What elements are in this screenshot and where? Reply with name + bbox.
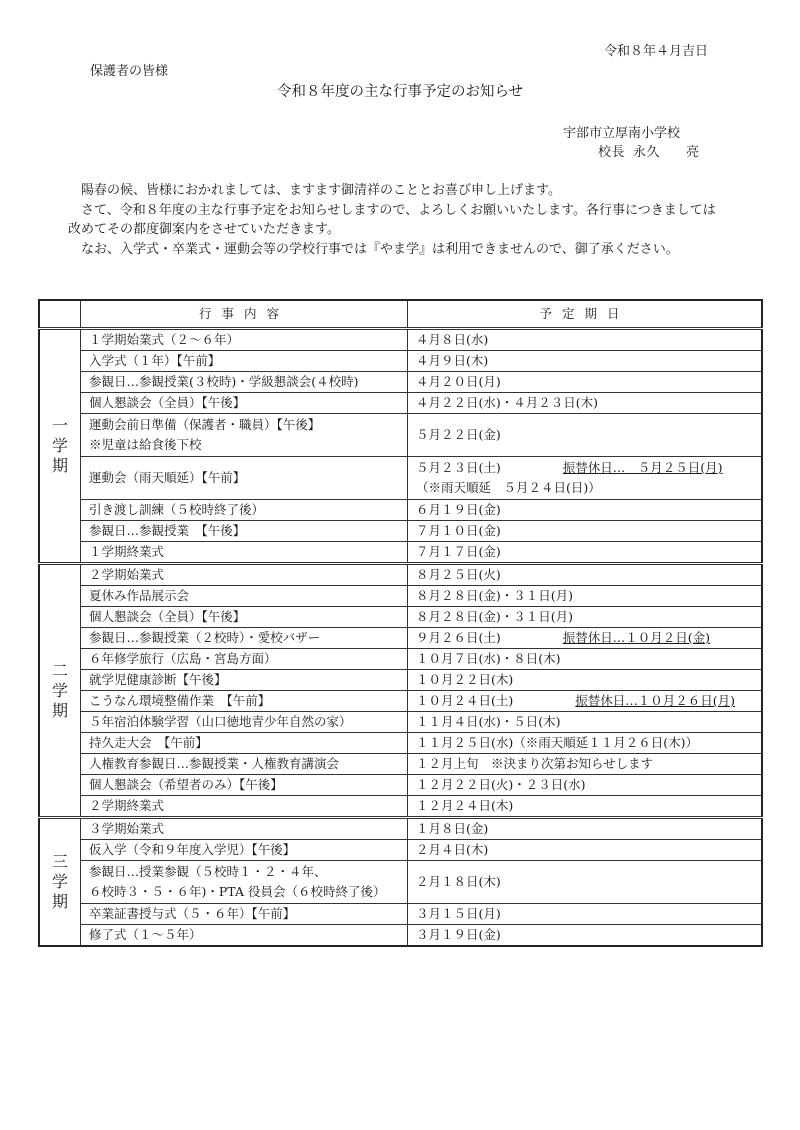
- event-date: １０月２４日(土): [416, 693, 513, 708]
- event-date: １０月７日(水)・８日(木): [416, 651, 561, 666]
- event-cell: 持久走大会 【午前】: [81, 733, 408, 754]
- event-cell: 個人懇談会（全員）【午後】: [81, 393, 408, 414]
- event-cell: 修了式（１～５年）: [81, 925, 408, 947]
- table-row: 運動会（雨天順延）【午前】５月２３日(土)振替休日… ５月２５日(月)（※雨天順…: [39, 457, 762, 500]
- term-label-char: 三: [40, 852, 80, 872]
- event-cell: 就学児健康診断【午後】: [81, 670, 408, 691]
- table-row: ６年修学旅行（広島・宮島方面）１０月７日(水)・８日(木): [39, 649, 762, 670]
- date-cell: ４月２２日(水)・４月２３日(木): [408, 393, 763, 414]
- event-cell: 仮入学（令和９年度入学児）【午後】: [81, 840, 408, 861]
- event-date: １０月２２日(木): [416, 672, 513, 687]
- event-cell: 夏休み作品展示会: [81, 586, 408, 607]
- event-name: 個人懇談会（全員）【午後】: [89, 607, 407, 627]
- table-row: １学期終業式７月１７日(金): [39, 542, 762, 564]
- date-cell: １０月２２日(木): [408, 670, 763, 691]
- event-name: ３学期始業式: [89, 819, 407, 839]
- event-date: ３月１５日(月): [416, 906, 501, 921]
- event-name: ２学期終業式: [89, 796, 407, 816]
- date-cell: ７月１７日(金): [408, 542, 763, 564]
- event-date: １２月２４日(木): [416, 798, 513, 813]
- table-row: ５年宿泊体験学習（山口徳地青少年自然の家）１１月４日(水)・５日(木): [39, 712, 762, 733]
- date-cell: ５月２２日(金): [408, 414, 763, 457]
- date-cell: １１月４日(水)・５日(木): [408, 712, 763, 733]
- substitute-holiday: 振替休日…１０月２６日(月): [575, 693, 735, 708]
- date-cell: ３月１９日(金): [408, 925, 763, 947]
- table-row: 運動会前日準備（保護者・職員）【午後】※児童は給食後下校５月２２日(金): [39, 414, 762, 457]
- event-name: １学期終業式: [89, 542, 407, 562]
- date-cell: １２月２４日(木): [408, 796, 763, 818]
- substitute-holiday: 振替休日…１０月２日(金): [563, 630, 710, 645]
- table-row: 個人懇談会（希望者のみ）【午後】１２月２２日(火)・２３日(水): [39, 775, 762, 796]
- event-cell: 卒業証書授与式（５・６年）【午前】: [81, 904, 408, 925]
- event-date: ２月４日(木): [416, 842, 488, 857]
- table-row: 参観日…授業参観（５校時１・２・４年、６校時３・５・６年)・PTA 役員会（６校…: [39, 861, 762, 904]
- date-cell: ５月２３日(土)振替休日… ５月２５日(月)（※雨天順延 ５月２４日(日)）: [408, 457, 763, 500]
- substitute-holiday: 振替休日… ５月２５日(月): [563, 460, 723, 475]
- date-cell: ８月２８日(金)・３１日(月): [408, 586, 763, 607]
- event-cell: ３学期始業式: [81, 818, 408, 840]
- date-column-header: 予定期日: [408, 300, 763, 329]
- event-name: 卒業証書授与式（５・６年）【午前】: [89, 904, 407, 924]
- notice-paragraph: なお、入学式・卒業式・運動会等の学校行事では『やま学』は利用できませんので、御了…: [68, 240, 728, 260]
- event-name: 就学児健康診断【午後】: [89, 670, 407, 690]
- event-cell: 人権教育参観日…参観授業・人権教育講演会: [81, 754, 408, 775]
- event-name: 入学式（１年）【午前】: [89, 351, 407, 371]
- letter-body: 陽春の候、皆様におかれましては、ますます御清祥のこととお喜び申し上げます。 さて…: [68, 181, 728, 259]
- event-cell: ２学期終業式: [81, 796, 408, 818]
- event-date: １１月４日(水)・５日(木): [416, 714, 561, 729]
- event-name: 夏休み作品展示会: [89, 586, 407, 606]
- table-row: こうなん環境整備作業 【午前】１０月２４日(土)振替休日…１０月２６日(月): [39, 691, 762, 712]
- event-cell: 運動会（雨天順延）【午前】: [81, 457, 408, 500]
- event-name: 運動会前日準備（保護者・職員）【午後】: [89, 415, 407, 435]
- event-date: ６月１９日(金): [416, 502, 501, 517]
- event-name: ５年宿泊体験学習（山口徳地青少年自然の家）: [89, 712, 407, 732]
- table-row: ２学期終業式１２月２４日(木): [39, 796, 762, 818]
- document-title: 令和８年度の主な行事予定のお知らせ: [0, 80, 800, 101]
- date-cell: ４月８日(水): [408, 329, 763, 351]
- event-name: 修了式（１～５年）: [89, 925, 407, 945]
- date-cell: ２月４日(木): [408, 840, 763, 861]
- event-name: 参観日…授業参観（５校時１・２・４年、: [89, 862, 407, 882]
- event-date: ８月２８日(金)・３１日(月): [416, 609, 573, 624]
- date-cell: １０月７日(水)・８日(木): [408, 649, 763, 670]
- event-cell: 参観日…授業参観（５校時１・２・４年、６校時３・５・６年)・PTA 役員会（６校…: [81, 861, 408, 904]
- principal-title: 校長: [598, 145, 625, 160]
- table-row: 参観日…参観授業(３校時)・学級懇談会(４校時)４月２０日(月): [39, 372, 762, 393]
- event-name: 個人懇談会（希望者のみ）【午後】: [89, 775, 407, 795]
- date-note: （※雨天順延 ５月２４日(日)）: [416, 478, 761, 498]
- table-row: 人権教育参観日…参観授業・人権教育講演会１２月上旬 ※決まり次第お知らせします: [39, 754, 762, 775]
- table-row: 夏休み作品展示会８月２８日(金)・３１日(月): [39, 586, 762, 607]
- event-cell: こうなん環境整備作業 【午前】: [81, 691, 408, 712]
- event-date: ５月２３日(土): [416, 460, 501, 475]
- date-cell: ４月９日(木): [408, 351, 763, 372]
- table-row: 仮入学（令和９年度入学児）【午後】２月４日(木): [39, 840, 762, 861]
- event-date: ３月１９日(金): [416, 927, 501, 942]
- event-name: 運動会（雨天順延）【午前】: [89, 468, 407, 488]
- event-cell: 参観日…参観授業(３校時)・学級懇談会(４校時): [81, 372, 408, 393]
- event-date: ８月２５日(火): [416, 567, 501, 582]
- event-name: 持久走大会 【午前】: [89, 733, 407, 753]
- event-date: ８月２８日(金)・３１日(月): [416, 588, 573, 603]
- event-cell: 個人懇談会（全員）【午後】: [81, 607, 408, 628]
- date-cell: ６月１９日(金): [408, 500, 763, 521]
- event-date: ７月１０日(金): [416, 523, 501, 538]
- event-cell: 引き渡し訓練（５校時終了後）: [81, 500, 408, 521]
- table-row: 引き渡し訓練（５校時終了後）６月１９日(金): [39, 500, 762, 521]
- event-date: ４月８日(水): [416, 332, 488, 347]
- issue-date: 令和８年４月吉日: [604, 40, 708, 59]
- term-label-char: 期: [40, 701, 80, 721]
- table-row: 参観日…参観授業（２校時）・愛校バザー９月２６日(土)振替休日…１０月２日(金): [39, 628, 762, 649]
- table-row: 就学児健康診断【午後】１０月２２日(木): [39, 670, 762, 691]
- event-note: ※児童は給食後下校: [89, 435, 407, 455]
- term-label-char: 学: [40, 681, 80, 701]
- event-name: １学期始業式（２～６年）: [89, 330, 407, 350]
- date-cell: ８月２５日(火): [408, 564, 763, 586]
- table-row: 持久走大会 【午前】１１月２５日(水)（※雨天順延１１月２６日(木)）: [39, 733, 762, 754]
- event-date: ９月２６日(土): [416, 630, 501, 645]
- event-name: 参観日…参観授業（２校時）・愛校バザー: [89, 628, 407, 648]
- table-row: 一学期１学期始業式（２～６年）４月８日(水): [39, 329, 762, 351]
- term-label-char: 学: [40, 436, 80, 456]
- event-cell: 運動会前日準備（保護者・職員）【午後】※児童は給食後下校: [81, 414, 408, 457]
- event-date: １２月上旬 ※決まり次第お知らせします: [416, 756, 653, 771]
- date-cell: １２月２２日(火)・２３日(水): [408, 775, 763, 796]
- term-label-char: 二: [40, 661, 80, 681]
- event-cell: 参観日…参観授業（２校時）・愛校バザー: [81, 628, 408, 649]
- date-cell: ９月２６日(土)振替休日…１０月２日(金): [408, 628, 763, 649]
- greeting-paragraph: 陽春の候、皆様におかれましては、ますます御清祥のこととお喜び申し上げます。: [68, 181, 728, 201]
- date-cell: ３月１５日(月): [408, 904, 763, 925]
- term-label-3: 三学期: [39, 818, 81, 947]
- event-date: １２月２２日(火)・２３日(水): [416, 777, 586, 792]
- event-date: １月８日(金): [416, 821, 488, 836]
- event-name: ２学期始業式: [89, 565, 407, 585]
- event-cell: 個人懇談会（希望者のみ）【午後】: [81, 775, 408, 796]
- date-cell: ２月１８日(木): [408, 861, 763, 904]
- date-cell: １１月２５日(水)（※雨天順延１１月２６日(木)）: [408, 733, 763, 754]
- date-cell: １２月上旬 ※決まり次第お知らせします: [408, 754, 763, 775]
- table-row: 卒業証書授与式（５・６年）【午前】３月１５日(月): [39, 904, 762, 925]
- event-name: 人権教育参観日…参観授業・人権教育講演会: [89, 754, 407, 774]
- event-name: 参観日…参観授業(３校時)・学級懇談会(４校時): [89, 372, 407, 392]
- event-date: ４月２０日(月): [416, 374, 501, 389]
- event-cell: 入学式（１年）【午前】: [81, 351, 408, 372]
- table-row: 参観日…参観授業 【午後】７月１０日(金): [39, 521, 762, 542]
- recipient: 保護者の皆様: [90, 60, 168, 79]
- event-name: ６年修学旅行（広島・宮島方面）: [89, 649, 407, 669]
- event-date: １１月２５日(水)（※雨天順延１１月２６日(木)）: [416, 735, 698, 750]
- event-note: ６校時３・５・６年)・PTA 役員会（６校時終了後）: [89, 882, 407, 902]
- date-cell: ７月１０日(金): [408, 521, 763, 542]
- term-label-1: 一学期: [39, 329, 81, 564]
- date-cell: １０月２４日(土)振替休日…１０月２６日(月): [408, 691, 763, 712]
- event-name: 仮入学（令和９年度入学児）【午後】: [89, 840, 407, 860]
- event-schedule-table: 行事内容 予定期日 一学期１学期始業式（２～６年）４月８日(水)入学式（１年）【…: [38, 299, 763, 947]
- term-label-char: 期: [40, 892, 80, 912]
- event-date: ４月９日(木): [416, 353, 488, 368]
- event-name: こうなん環境整備作業 【午前】: [89, 691, 407, 711]
- intro-paragraph: さて、令和８年度の主な行事予定をお知らせしますので、よろしくお願いいたします。各…: [68, 201, 728, 240]
- date-cell: ８月２８日(金)・３１日(月): [408, 607, 763, 628]
- event-name: 個人懇談会（全員）【午後】: [89, 393, 407, 413]
- table-row: 二学期２学期始業式８月２５日(火): [39, 564, 762, 586]
- event-date: ７月１７日(金): [416, 544, 501, 559]
- event-cell: １学期終業式: [81, 542, 408, 564]
- table-row: 個人懇談会（全員）【午後】４月２２日(水)・４月２３日(木): [39, 393, 762, 414]
- event-cell: ２学期始業式: [81, 564, 408, 586]
- event-cell: ６年修学旅行（広島・宮島方面）: [81, 649, 408, 670]
- table-header-row: 行事内容 予定期日: [39, 300, 762, 329]
- event-date: ２月１８日(木): [416, 874, 501, 889]
- event-name: 参観日…参観授業 【午後】: [89, 521, 407, 541]
- principal-given-name: 亮: [686, 145, 700, 160]
- table-row: 修了式（１～５年）３月１９日(金): [39, 925, 762, 947]
- table-row: 三学期３学期始業式１月８日(金): [39, 818, 762, 840]
- event-column-header: 行事内容: [81, 300, 408, 329]
- event-cell: ５年宿泊体験学習（山口徳地青少年自然の家）: [81, 712, 408, 733]
- event-cell: 参観日…参観授業 【午後】: [81, 521, 408, 542]
- term-label-char: 学: [40, 872, 80, 892]
- date-cell: １月８日(金): [408, 818, 763, 840]
- school-name: 宇部市立厚南小学校: [563, 122, 680, 141]
- event-name: 引き渡し訓練（５校時終了後）: [89, 500, 407, 520]
- principal-surname: 永久: [633, 145, 660, 160]
- principal-signature: 校長永久亮: [598, 141, 700, 160]
- date-cell: ４月２０日(月): [408, 372, 763, 393]
- term-label-char: 一: [40, 416, 80, 436]
- term-label-char: 期: [40, 456, 80, 476]
- event-date: ４月２２日(水)・４月２３日(木): [416, 395, 598, 410]
- term-label-2: 二学期: [39, 564, 81, 818]
- event-cell: １学期始業式（２～６年）: [81, 329, 408, 351]
- table-row: 個人懇談会（全員）【午後】８月２８日(金)・３１日(月): [39, 607, 762, 628]
- table-row: 入学式（１年）【午前】４月９日(木): [39, 351, 762, 372]
- term-column-header: [39, 300, 81, 329]
- event-date: ５月２２日(金): [416, 427, 501, 442]
